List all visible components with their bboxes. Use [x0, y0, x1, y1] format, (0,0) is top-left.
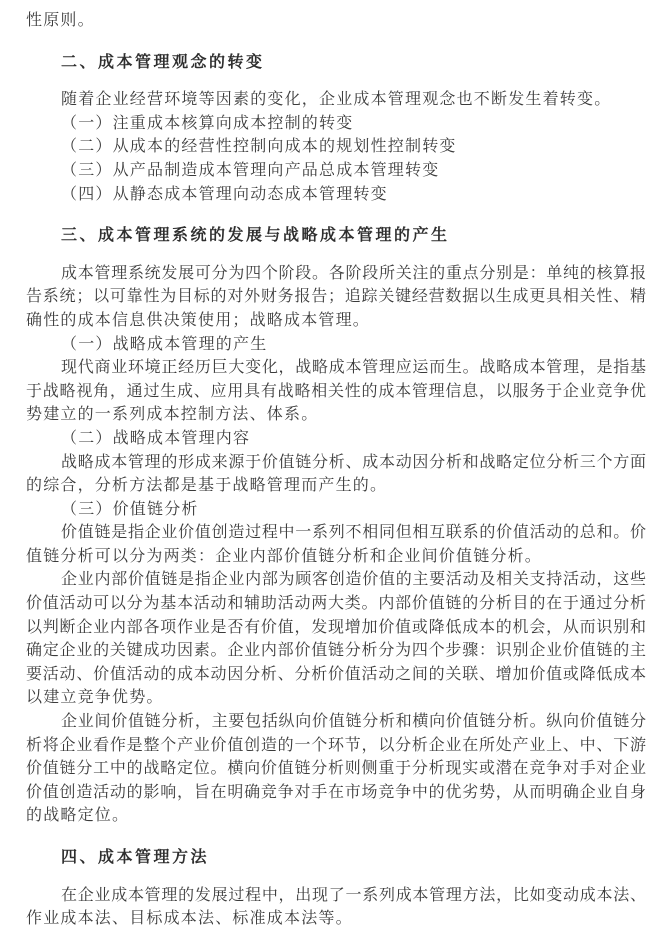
- section-heading: 四、成本管理方法: [26, 846, 646, 870]
- sub-heading-line: （四）从静态成本管理向动态成本管理转变: [26, 183, 646, 207]
- paragraph-block: （二）战略成本管理内容: [26, 427, 646, 451]
- paragraph-line: 以判断企业内部各项作业是否有价值，发现增加价值或降低成本的机会，从而识别和: [26, 616, 646, 640]
- paragraph-line: 的综合，分析方法都是基于战略管理而产生的。: [26, 474, 646, 498]
- paragraph-line: 企业内部价值链是指企业内部为顾客创造价值的主要活动及相关支持活动，这些: [26, 568, 646, 592]
- paragraph-block: 价值链是指企业价值创造过程中一系列不相同但相互联系的价值活动的总和。价值链分析可…: [26, 521, 646, 568]
- section-heading: 三、成本管理系统的发展与战略成本管理的产生: [26, 224, 646, 248]
- paragraph-line: 于战略视角，通过生成、应用具有战略相关性的成本管理信息，以服务于企业竞争优: [26, 380, 646, 404]
- paragraph-line: 确性的成本信息供决策使用；战略成本管理。: [26, 309, 646, 333]
- paragraph-line: 析将企业看作是整个产业价值创造的一个环节，以分析企业在所处产业上、中、下游: [26, 734, 646, 758]
- paragraph-block: 在企业成本管理的发展过程中，出现了一系列成本管理方法，比如变动成本法、作业成本法…: [26, 884, 646, 931]
- paragraph-block: 现代商业环境正经历巨大变化，战略成本管理应运而生。战略成本管理，是指基于战略视角…: [26, 356, 646, 427]
- paragraph-line: 价值链是指企业价值创造过程中一系列不相同但相互联系的价值活动的总和。价: [26, 521, 646, 545]
- section-block: 三、成本管理系统的发展与战略成本管理的产生: [26, 224, 646, 248]
- paragraph-line: 价值活动可以分为基本活动和辅助活动两大类。内部价值链的分析目的在于通过分析: [26, 592, 646, 616]
- paragraph-block: 企业间价值链分析，主要包括纵向价值链分析和横向价值链分析。纵向价值链分析将企业看…: [26, 710, 646, 828]
- paragraph-block: 性原则。: [26, 9, 646, 33]
- sub-heading-line: （一）战略成本管理的产生: [26, 333, 646, 357]
- paragraph-line: 价值创造活动的影响，旨在明确竞争对手在市场竞争中的优劣势，从而明确企业自身: [26, 781, 646, 805]
- paragraph-block: （一）注重成本核算向成本控制的转变（二）从成本的经营性控制向成本的规划性控制转变…: [26, 112, 646, 206]
- paragraph-block: 随着企业经营环境等因素的变化，企业成本管理观念也不断发生着转变。: [26, 88, 646, 112]
- document-body: 性原则。二、成本管理观念的转变随着企业经营环境等因素的变化，企业成本管理观念也不…: [26, 9, 646, 931]
- paragraph-line: 现代商业环境正经历巨大变化，战略成本管理应运而生。战略成本管理，是指基: [26, 356, 646, 380]
- section-block: 二、成本管理观念的转变: [26, 51, 646, 75]
- paragraph-block: 战略成本管理的形成来源于价值链分析、成本动因分析和战略定位分析三个方面的综合，分…: [26, 451, 646, 498]
- paragraph-block: （一）战略成本管理的产生: [26, 333, 646, 357]
- paragraph-line: 企业间价值链分析，主要包括纵向价值链分析和横向价值链分析。纵向价值链分: [26, 710, 646, 734]
- sub-heading-line: （三）价值链分析: [26, 498, 646, 522]
- paragraph-line: 告系统；以可靠性为目标的对外财务报告；追踪关键经营数据以生成更具相关性、精: [26, 285, 646, 309]
- paragraph-line: 势建立的一系列成本控制方法、体系。: [26, 403, 646, 427]
- sub-heading-line: （三）从产品制造成本管理向产品总成本管理转变: [26, 159, 646, 183]
- sub-heading-line: （一）注重成本核算向成本控制的转变: [26, 112, 646, 136]
- paragraph-line: 值链分析可以分为两类：企业内部价值链分析和企业间价值链分析。: [26, 545, 646, 569]
- section-block: 四、成本管理方法: [26, 846, 646, 870]
- paragraph-line: 确定企业的关键成功因素。企业内部价值链分析分为四个步骤：识别企业价值链的主: [26, 639, 646, 663]
- section-heading: 二、成本管理观念的转变: [26, 51, 646, 75]
- paragraph-line: 性原则。: [26, 9, 646, 33]
- paragraph-block: 成本管理系统发展可分为四个阶段。各阶段所关注的重点分别是：单纯的核算报告系统；以…: [26, 262, 646, 333]
- paragraph-line: 以建立竞争优势。: [26, 686, 646, 710]
- paragraph-line: 随着企业经营环境等因素的变化，企业成本管理观念也不断发生着转变。: [26, 88, 646, 112]
- paragraph-line: 作业成本法、目标成本法、标准成本法等。: [26, 907, 646, 931]
- sub-heading-line: （二）战略成本管理内容: [26, 427, 646, 451]
- paragraph-line: 要活动、价值活动的成本动因分析、分析价值活动之间的关联、增加价值或降低成本: [26, 663, 646, 687]
- paragraph-line: 成本管理系统发展可分为四个阶段。各阶段所关注的重点分别是：单纯的核算报: [26, 262, 646, 286]
- paragraph-line: 在企业成本管理的发展过程中，出现了一系列成本管理方法，比如变动成本法、: [26, 884, 646, 908]
- sub-heading-line: （二）从成本的经营性控制向成本的规划性控制转变: [26, 135, 646, 159]
- paragraph-line: 价值链分工中的战略定位。横向价值链分析则侧重于分析现实或潜在竞争对手对企业: [26, 757, 646, 781]
- paragraph-block: （三）价值链分析: [26, 498, 646, 522]
- paragraph-block: 企业内部价值链是指企业内部为顾客创造价值的主要活动及相关支持活动，这些价值活动可…: [26, 568, 646, 710]
- paragraph-line: 战略成本管理的形成来源于价值链分析、成本动因分析和战略定位分析三个方面: [26, 451, 646, 475]
- paragraph-line: 的战略定位。: [26, 804, 646, 828]
- document-page: 性原则。二、成本管理观念的转变随着企业经营环境等因素的变化，企业成本管理观念也不…: [0, 0, 658, 932]
